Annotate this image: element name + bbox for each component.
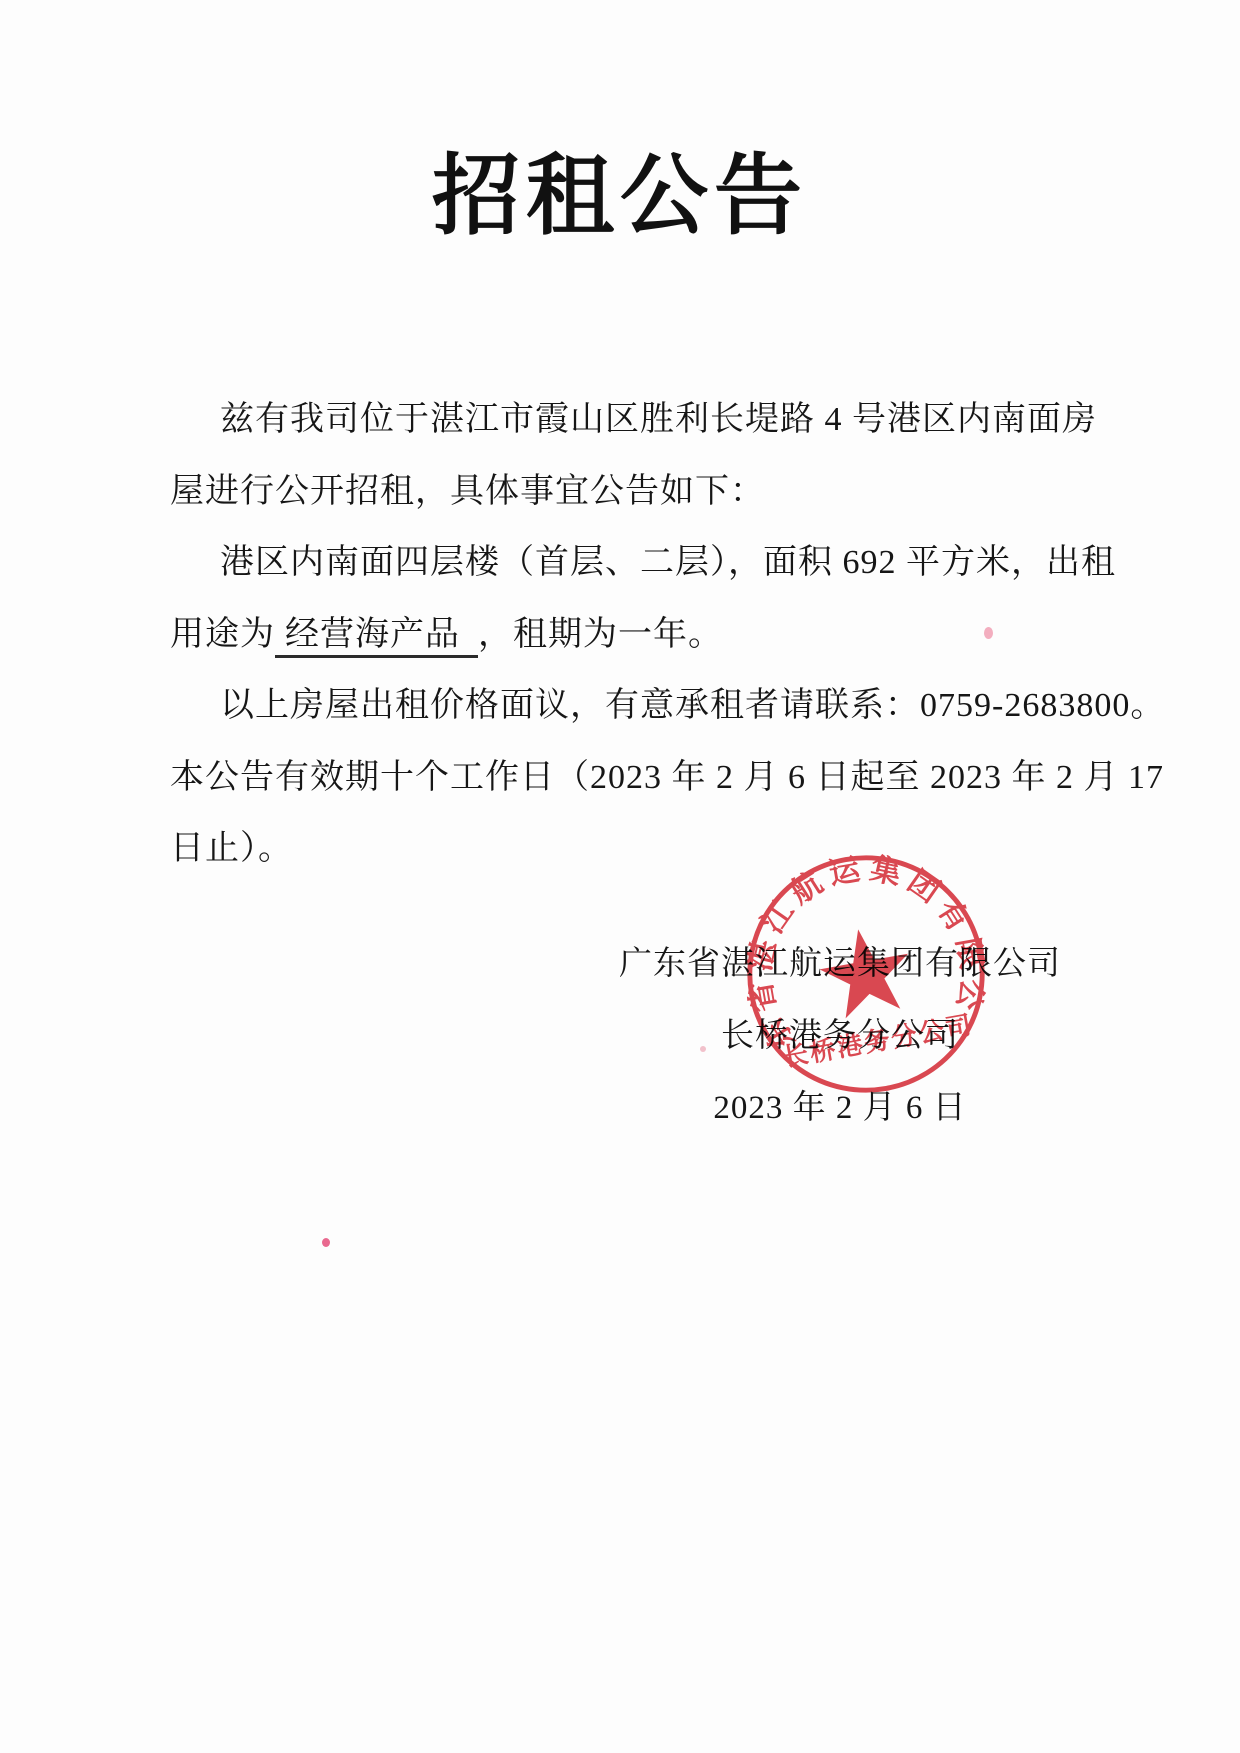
scan-speck [322,1238,330,1247]
body-line: 以上房屋出租价格面议，有意承租者请联系：0759-2683800。 [170,670,1000,742]
body-line: 屋进行公开招租，具体事宜公告如下： [170,456,1000,528]
usage-pre-text: 用途为 [170,616,275,653]
body-line: 兹有我司位于湛江市霞山区胜利长堤路 4 号港区内南面房 [170,384,1000,456]
scan-speck [700,1046,706,1052]
document-body: 兹有我司位于湛江市霞山区胜利长堤路 4 号港区内南面房 屋进行公开招租，具体事宜… [170,384,1000,885]
usage-underlined-value: 经营海产品 [275,616,478,658]
signature-date: 2023 年 2 月 6 日 [610,1072,1070,1144]
document-title: 招租公告 [0,126,1240,252]
signature-company: 广东省湛江航运集团有限公司 [610,928,1070,1000]
scanned-document-page: 招租公告 兹有我司位于湛江市霞山区胜利长堤路 4 号港区内南面房 屋进行公开招租… [0,0,1240,1753]
body-line-usage: 用途为经营海产品，租期为一年。 [170,599,1000,671]
body-line: 港区内南面四层楼（首层、二层），面积 692 平方米，出租 [170,527,1000,599]
signature-branch: 长桥港务分公司 [610,1000,1070,1072]
usage-post-text: ，租期为一年。 [478,616,723,653]
body-line: 本公告有效期十个工作日（2023 年 2 月 6 日起至 2023 年 2 月 … [170,742,1000,814]
body-line: 日止）。 [170,813,1000,885]
scan-speck [984,627,993,639]
signature-block: 广东省湛江航运集团有限公司 长桥港务分公司 2023 年 2 月 6 日 [610,928,1070,1144]
